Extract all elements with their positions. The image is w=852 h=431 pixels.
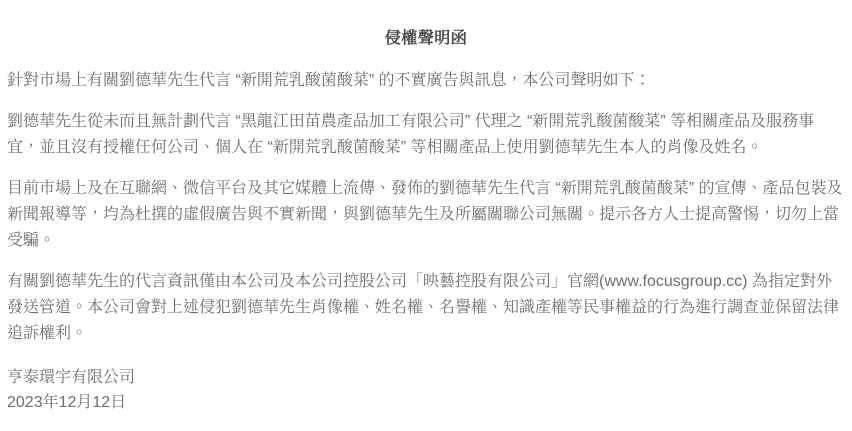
statement-paragraph-fake-ads-warning: 目前市場上及在互聯網、微信平台及其它媒體上流傳、發佈的劉德華先生代言 “新開荒乳…	[7, 176, 845, 254]
statement-paragraph-endorsement-denial: 劉德華先生從未而且無計劃代言 “黑龍江田苗農產品加工有限公司” 代理之 “新開荒…	[7, 109, 845, 161]
statement-title: 侵權聲明函	[7, 26, 845, 52]
statement-document: 侵權聲明函 針對市場上有關劉德華先生代言 “新開荒乳酸菌酸菜” 的不實廣告與訊息…	[0, 0, 852, 431]
statement-intro-paragraph: 針對市場上有關劉德華先生代言 “新開荒乳酸菌酸菜” 的不實廣告與訊息，本公司聲明…	[7, 68, 845, 94]
signature-block: 亨泰環宇有限公司 2023年12月12日	[7, 365, 845, 415]
statement-paragraph-official-channel-and-legal-action: 有關劉德華先生的代言資訊僅由本公司及本公司控股公司「映藝控股有限公司」官網(ww…	[7, 269, 845, 347]
signature-date: 2023年12月12日	[7, 390, 845, 415]
signature-company-name: 亨泰環宇有限公司	[7, 365, 845, 390]
